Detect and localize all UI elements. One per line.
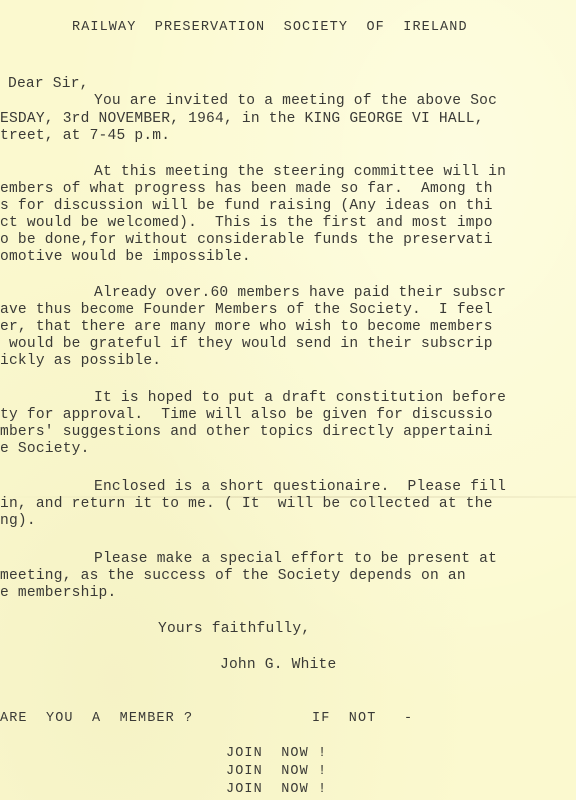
paragraph-3-line-1: Already over.60 members have paid their … (94, 285, 506, 301)
paragraph-6-line-2: meeting, as the success of the Society d… (0, 568, 466, 584)
paragraph-2-line-6: omotive would be impossible. (0, 249, 251, 265)
join-now-line-1: JOIN NOW ! (226, 746, 327, 762)
paragraph-3-line-3: er, that there are many more who wish to… (0, 319, 493, 335)
if-not-text: IF NOT - (312, 711, 413, 727)
paragraph-1-line-3: treet, at 7-45 p.m. (0, 128, 170, 144)
paragraph-2-line-1: At this meeting the steering committee w… (94, 164, 506, 180)
paragraph-2-line-3: s for discussion will be fund raising (A… (0, 198, 493, 214)
closing: Yours faithfully, (158, 621, 310, 637)
paragraph-2-line-2: embers of what progress has been made so… (0, 181, 493, 197)
paragraph-1-line-2: ESDAY, 3rd NOVEMBER, 1964, in the KING G… (0, 111, 484, 127)
join-now-line-3: JOIN NOW ! (226, 782, 327, 798)
paragraph-3-line-5: ickly as possible. (0, 353, 161, 369)
paragraph-3-line-2: ave thus become Founder Members of the S… (0, 302, 493, 318)
paragraph-5-line-2: in, and return it to me. ( It will be co… (0, 496, 493, 512)
paragraph-5-line-1: Enclosed is a short questionaire. Please… (94, 479, 506, 495)
paragraph-6-line-1: Please make a special effort to be prese… (94, 551, 497, 567)
signature: John G. White (220, 657, 336, 673)
member-question: ARE YOU A MEMBER ? (0, 711, 193, 727)
letter-heading: RAILWAY PRESERVATION SOCIETY OF IRELAND (72, 20, 468, 36)
paragraph-4-line-4: e Society. (0, 441, 90, 457)
paragraph-3-line-4: would be grateful if they would send in … (0, 336, 493, 352)
salutation: Dear Sir, (8, 76, 89, 92)
paragraph-4-line-3: mbers' suggestions and other topics dire… (0, 424, 493, 440)
paragraph-5-line-3: ng). (0, 513, 36, 529)
paragraph-4-line-2: ty for approval. Time will also be given… (0, 407, 493, 423)
join-now-line-2: JOIN NOW ! (226, 764, 327, 780)
paragraph-1-line-1: You are invited to a meeting of the abov… (94, 93, 497, 109)
paragraph-2-line-5: o be done,for without considerable funds… (0, 232, 493, 248)
paragraph-6-line-3: e membership. (0, 585, 116, 601)
paragraph-2-line-4: ct would be welcomed). This is the first… (0, 215, 493, 231)
paragraph-4-line-1: It is hoped to put a draft constitution … (94, 390, 506, 406)
